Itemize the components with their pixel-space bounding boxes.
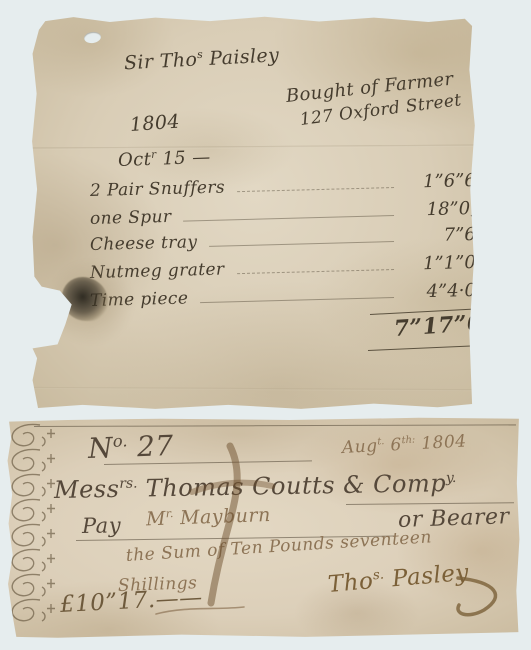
- item-row: Cheese tray 7”6: [90, 224, 476, 255]
- item-row: one Spur 18”0,: [90, 198, 476, 229]
- bank-name-superscript: rs.: [119, 476, 137, 492]
- paper-crease: [32, 144, 478, 149]
- signature-text: Tho: [327, 568, 375, 598]
- item-leader-line: [184, 215, 395, 222]
- total-rule: [368, 343, 528, 351]
- signature: Thos. Pasley: [327, 560, 470, 598]
- receipt-paper: Sir Thos Paisley Bought of Farmer 127 Ox…: [28, 14, 483, 412]
- item-amount: 1”1”0: [404, 252, 477, 275]
- paper-crease: [30, 387, 480, 391]
- receipt-year: 1804: [129, 111, 180, 136]
- item-amount: 4”4·0: [404, 280, 477, 303]
- date-text-2: 15 —: [156, 147, 211, 170]
- bank-name-text-2: Thomas Coutts & Comp: [137, 469, 446, 502]
- number-superscript: o.: [112, 431, 127, 450]
- photograph-of-documents: { "theme": { "background": "#e6edee", "r…: [0, 0, 531, 650]
- cheque-date-text-2: 6: [384, 435, 402, 456]
- item-row: 2 Pair Snuffers 1”6”6: [90, 170, 476, 201]
- amount-in-figures: £10”17.——: [59, 585, 203, 618]
- item-name: Cheese tray: [90, 232, 198, 255]
- addressee-text: Sir Tho: [123, 49, 197, 75]
- date-text: Oct: [118, 149, 152, 171]
- item-leader-line: [237, 269, 394, 274]
- number-text: N: [87, 431, 113, 465]
- bank-name-superscript-2: y.: [446, 470, 457, 486]
- item-name: 2 Pair Snuffers: [90, 177, 226, 201]
- bank-name-text: Mess: [54, 475, 120, 504]
- item-leader-line: [209, 241, 394, 247]
- cheque-date: Augt. 6th: 1804: [341, 431, 467, 458]
- cheque-number: No. 27: [87, 429, 174, 465]
- item-leader-line: [200, 297, 394, 303]
- cheque-date-text: Aug: [341, 436, 378, 458]
- paper-hole: [83, 31, 101, 44]
- payee-text: M: [146, 508, 167, 531]
- receipt-addressee: Sir Thos Paisley: [123, 44, 279, 74]
- item-leader-line: [237, 187, 394, 192]
- addressee-text-2: Paisley: [202, 44, 279, 70]
- signature-text-2: Pasley: [383, 560, 470, 593]
- item-amount: 7”6: [404, 224, 477, 247]
- number-text-2: 27: [127, 429, 174, 464]
- payee-text-2: Mayburn: [173, 504, 271, 529]
- counterfoil-scrollwork-ornament: [6, 416, 64, 640]
- payee-name: Mr. Mayburn: [146, 504, 272, 531]
- item-row: Time piece 4”4·0: [90, 280, 476, 311]
- item-amount: 1”6”6: [404, 170, 477, 193]
- item-name: one Spur: [90, 207, 172, 229]
- printed-top-rule: [34, 424, 516, 427]
- pay-label: Pay: [82, 513, 121, 538]
- bank-name-line: Messrs. Thomas Coutts & Compy.: [54, 469, 457, 504]
- receipt-date: Octr 15 —: [118, 147, 211, 171]
- cheque-paper: No. 27 Augt. 6th: 1804 Messrs. Thomas Co…: [6, 416, 522, 640]
- cheque-date-text-3: 1804: [415, 431, 467, 454]
- amount-in-words-line1: the Sum of Ten Pounds seventeen: [125, 527, 432, 566]
- cheque-date-superscript-2: th:: [401, 435, 415, 447]
- item-amount: 18”0,: [404, 198, 477, 221]
- receipt-total: 7”17”0: [393, 310, 484, 342]
- item-row: Nutmeg grater 1”1”0: [90, 252, 476, 283]
